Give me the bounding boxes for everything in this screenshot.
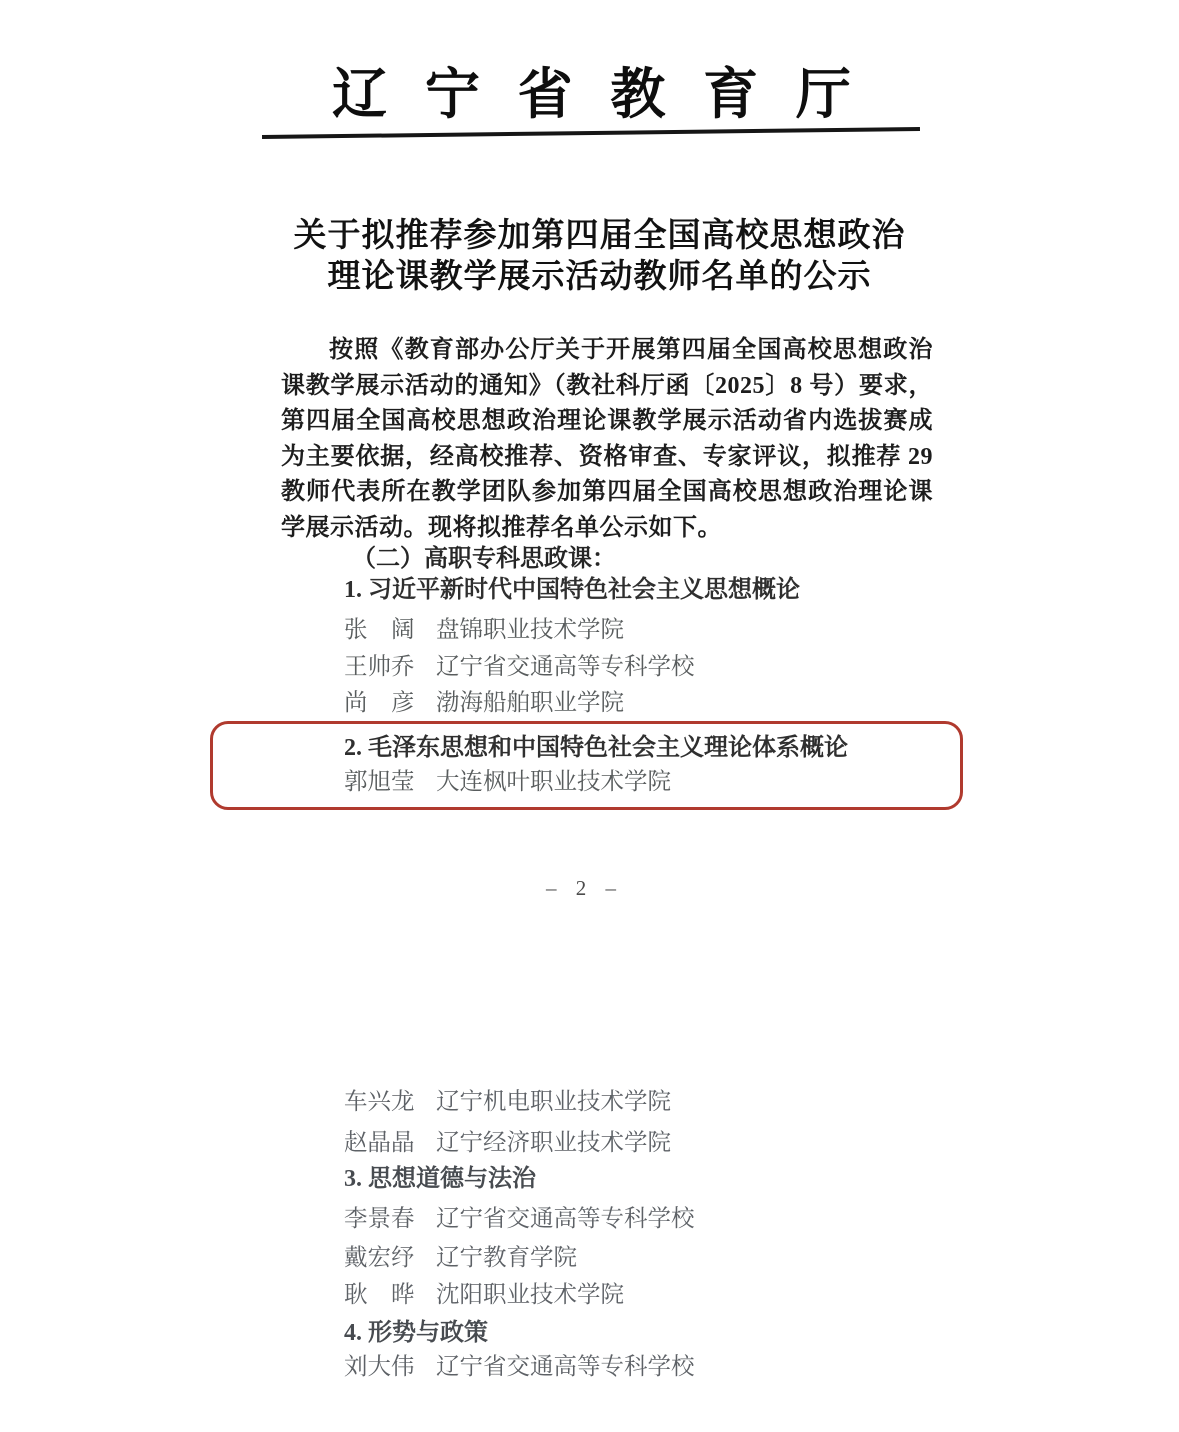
scanned-document-page: 辽 宁 省 教 育 厅 关于拟推荐参加第四届全国高校思想政治 理论课教学展示活动… — [0, 0, 1179, 1432]
course-heading-4: 4. 形势与政策 — [344, 1318, 488, 1348]
teacher-name: 王帅乔 — [344, 652, 436, 682]
teacher-entry: 耿 晔沈阳职业技术学院 — [344, 1280, 624, 1310]
teacher-entry: 李景春辽宁省交通高等专科学校 — [344, 1204, 695, 1234]
teacher-entry: 张 阔盘锦职业技术学院 — [344, 615, 624, 645]
teacher-school: 辽宁教育学院 — [436, 1245, 577, 1271]
paragraph-line: 按照《教育部办公厅关于开展第四届全国高校思想政治理论 — [281, 333, 933, 369]
teacher-school: 大连枫叶职业技术学院 — [436, 769, 671, 795]
teacher-name: 郭旭莹 — [344, 767, 436, 797]
teacher-name: 张 阔 — [344, 615, 436, 645]
paragraph-line: 课教学展示活动的通知》（教社科厅函〔2025〕8 号）要求，以 — [281, 369, 933, 405]
teacher-school: 辽宁省交通高等专科学校 — [436, 1354, 695, 1380]
teacher-entry: 尚 彦渤海船舶职业学院 — [344, 688, 624, 718]
teacher-school: 辽宁机电职业技术学院 — [436, 1089, 671, 1115]
paragraph-line: 第四届全国高校思想政治理论课教学展示活动省内选拔赛成绩 — [281, 404, 933, 440]
teacher-entry: 赵晶晶辽宁经济职业技术学院 — [344, 1128, 671, 1158]
teacher-school: 渤海船舶职业学院 — [436, 690, 624, 716]
teacher-school: 盘锦职业技术学院 — [436, 617, 624, 643]
course-heading-1: 1. 习近平新时代中国特色社会主义思想概论 — [344, 575, 800, 605]
teacher-entry: 刘大伟辽宁省交通高等专科学校 — [344, 1352, 695, 1382]
teacher-school: 沈阳职业技术学院 — [436, 1282, 624, 1308]
teacher-entry: 王帅乔辽宁省交通高等专科学校 — [344, 652, 695, 682]
teacher-entry: 车兴龙辽宁机电职业技术学院 — [344, 1087, 671, 1117]
teacher-name: 李景春 — [344, 1204, 436, 1234]
teacher-school: 辽宁省交通高等专科学校 — [436, 654, 695, 680]
document-title-line2: 理论课教学展示活动教师名单的公示 — [10, 250, 1179, 297]
paragraph-line: 为主要依据，经高校推荐、资格审查、专家评议，拟推荐 29 名 — [281, 440, 933, 476]
teacher-school: 辽宁经济职业技术学院 — [436, 1130, 671, 1156]
course-heading-3: 3. 思想道德与法治 — [344, 1164, 536, 1194]
teacher-name: 车兴龙 — [344, 1087, 436, 1117]
teacher-name: 刘大伟 — [344, 1352, 436, 1382]
teacher-name: 戴宏纾 — [344, 1243, 436, 1273]
teacher-entry: 郭旭莹大连枫叶职业技术学院 — [344, 767, 671, 797]
page-number: – 2 – — [0, 876, 1174, 901]
teacher-school: 辽宁省交通高等专科学校 — [436, 1206, 695, 1232]
section-heading: （二）高职专科思政课： — [352, 538, 616, 573]
teacher-name: 赵晶晶 — [344, 1128, 436, 1158]
teacher-name: 尚 彦 — [344, 688, 436, 718]
course-heading-2: 2. 毛泽东思想和中国特色社会主义理论体系概论 — [344, 733, 848, 763]
teacher-entry: 戴宏纾辽宁教育学院 — [344, 1243, 577, 1273]
agency-title: 辽 宁 省 教 育 厅 — [16, 50, 1179, 129]
teacher-name: 耿 晔 — [344, 1280, 436, 1310]
document-title-line1: 关于拟推荐参加第四届全国高校思想政治 — [10, 209, 1179, 256]
body-paragraph: 按照《教育部办公厅关于开展第四届全国高校思想政治理论 课教学展示活动的通知》（教… — [281, 333, 933, 547]
paragraph-line: 教师代表所在教学团队参加第四届全国高校思想政治理论课教 — [281, 475, 933, 511]
